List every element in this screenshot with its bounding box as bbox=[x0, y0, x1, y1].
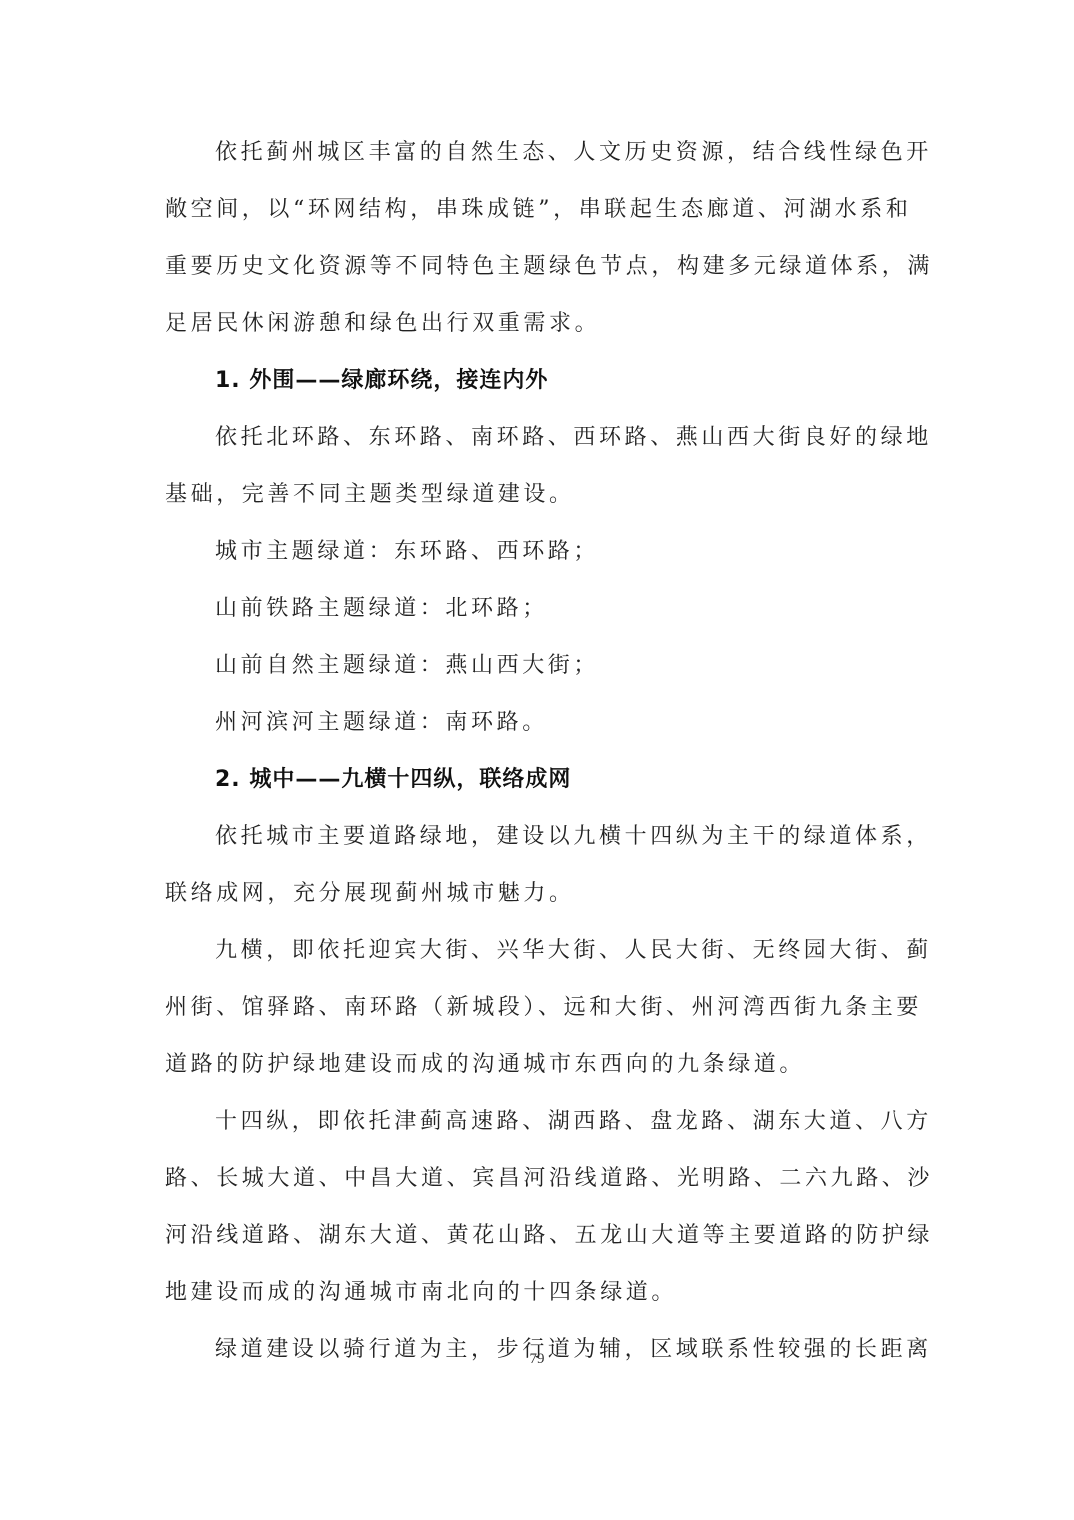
paragraph-nine-horizontal-line-3: 道路的防护绿地建设而成的沟通城市东西向的九条绿道。 bbox=[165, 1050, 805, 1080]
document-page: 依托蓟州城区丰富的自然生态、人文历史资源，结合线性绿色开 敞空间，以“环网结构，… bbox=[0, 0, 1074, 1520]
paragraph-city-line-2: 联络成网，充分展现蓟州城市魅力。 bbox=[165, 879, 575, 909]
page-number: 79 bbox=[0, 1351, 1074, 1368]
paragraph-nine-horizontal-line-2: 州街、馆驿路、南环路（新城段）、远和大街、州河湾西街九条主要 bbox=[165, 993, 922, 1023]
paragraph-fourteen-vertical-line-1: 十四纵，即依托津蓟高速路、湖西路、盘龙路、湖东大道、八方 bbox=[215, 1107, 932, 1137]
paragraph-intro-line-2: 敞空间，以“环网结构，串珠成链”，串联起生态廊道、河湖水系和 bbox=[165, 195, 912, 225]
paragraph-intro-line-3: 重要历史文化资源等不同特色主题绿色节点，构建多元绿道体系，满 bbox=[165, 252, 933, 282]
paragraph-fourteen-vertical-line-3: 河沿线道路、湖东大道、黄花山路、五龙山大道等主要道路的防护绿 bbox=[165, 1221, 933, 1251]
section-heading-2: 2. 城中——九横十四纵，联络成网 bbox=[215, 765, 571, 795]
list-item-railway-greenway: 山前铁路主题绿道：北环路； bbox=[215, 594, 548, 624]
paragraph-outer-line-2: 基础，完善不同主题类型绿道建设。 bbox=[165, 480, 575, 510]
paragraph-fourteen-vertical-line-4: 地建设而成的沟通城市南北向的十四条绿道。 bbox=[165, 1278, 677, 1308]
list-item-city-greenway: 城市主题绿道：东环路、西环路； bbox=[215, 537, 599, 567]
paragraph-nine-horizontal-line-1: 九横，即依托迎宾大街、兴华大街、人民大街、无终园大街、蓟 bbox=[215, 936, 932, 966]
paragraph-intro-line-4: 足居民休闲游憩和绿色出行双重需求。 bbox=[165, 309, 600, 339]
list-item-riverside-greenway: 州河滨河主题绿道：南环路。 bbox=[215, 708, 548, 738]
paragraph-city-line-1: 依托城市主要道路绿地，建设以九横十四纵为主干的绿道体系， bbox=[215, 822, 932, 852]
list-item-nature-greenway: 山前自然主题绿道：燕山西大街； bbox=[215, 651, 599, 681]
section-heading-1: 1. 外围——绿廊环绕，接连内外 bbox=[215, 366, 548, 396]
paragraph-outer-line-1: 依托北环路、东环路、南环路、西环路、燕山西大街良好的绿地 bbox=[215, 423, 932, 453]
paragraph-intro-line-1: 依托蓟州城区丰富的自然生态、人文历史资源，结合线性绿色开 bbox=[215, 138, 932, 168]
paragraph-fourteen-vertical-line-2: 路、长城大道、中昌大道、宾昌河沿线道路、光明路、二六九路、沙 bbox=[165, 1164, 933, 1194]
